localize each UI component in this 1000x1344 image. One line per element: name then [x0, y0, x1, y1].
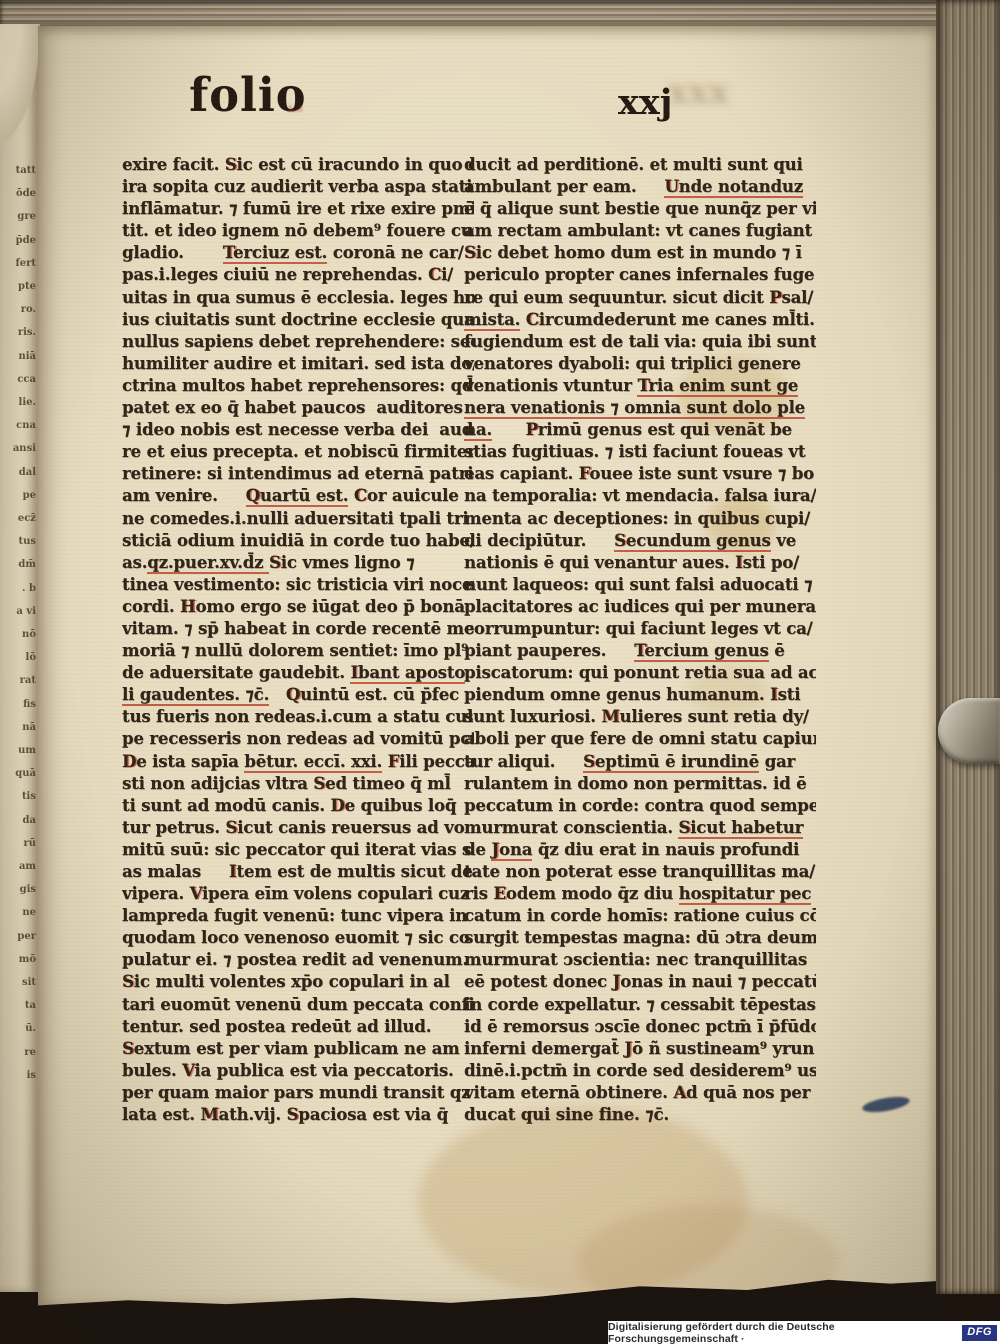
text-line: murmurat ɔscientia: nec tranquillitas — [464, 948, 816, 970]
text-line: pas.i.leges ciuiū ne reprehendas. Ci/ — [122, 263, 474, 285]
text-line: tus fueris non redeas.i.cum a statu cul — [122, 705, 474, 727]
text-line: mista. Circumdederunt me canes ml̄ti. — [464, 308, 816, 330]
rubricated-text: mista. — [464, 309, 520, 331]
text-segment: tem est de multis sicut de — [236, 861, 472, 881]
text-segment: coronā ne car/ — [327, 242, 463, 262]
text-line: sticiā odium inuidiā in corde tuo habe/ — [122, 529, 474, 551]
rubricated-text: I — [350, 662, 358, 684]
rubricated-text: Q — [246, 485, 260, 507]
text-segment: sal/ — [781, 287, 813, 307]
rubric-mark: ␣ — [288, 88, 303, 112]
text-segment: gar — [759, 751, 795, 771]
book-clasp — [938, 698, 1000, 764]
book-head-edge — [0, 0, 1000, 28]
text-line: Sextum est per viam publicam ne am — [122, 1037, 474, 1059]
rubricated-initial: S — [122, 971, 134, 991]
rubricated-initial: S — [464, 242, 476, 262]
rubricated-initial: P — [525, 419, 537, 439]
text-line: sunt luxuriosi. Mulieres sunt retia dy/ — [464, 705, 816, 727]
text-line: eē potest donec Jonas in naui ⁊ peccatū — [464, 970, 816, 992]
rubricated-text: T — [634, 640, 644, 662]
text-segment: eas capiant. — [464, 463, 579, 483]
text-line: quodam loco venenoso euomit ⁊ sic co — [122, 926, 474, 948]
rubricated-initial: I — [770, 684, 778, 704]
text-segment: extum est per viam publicam ne am — [134, 1038, 460, 1058]
text-line: ira sopita cuz audierit verba aspa stati… — [122, 175, 474, 197]
text-line: corrumpuntur: qui faciunt leges vt ca/ — [464, 617, 816, 639]
show-through-ghost-text: xxx — [668, 72, 778, 118]
text-line: piscatorum: qui ponunt retia sua ad acci — [464, 661, 816, 683]
text-line: in corde expellatur. ⁊ cessabit tēpestas… — [464, 993, 816, 1015]
text-line: ⁊ ideo nobis est necesse verba dei audi — [122, 418, 474, 440]
text-line: tentur. sed postea redeūt ad illud. — [122, 1015, 474, 1037]
text-line: pulatur ei. ⁊ postea redit ad venenum. — [122, 948, 474, 970]
rubricated-text: qz.puer.xv.d̄z — [147, 552, 269, 574]
rubricated-initial: S — [225, 817, 237, 837]
rubricated-text: eptimū ē irundinē — [595, 751, 759, 773]
text-line: De ista sapīa bētur. eccī. xxi. Fili pec… — [122, 750, 474, 772]
rubricated-text: ercium genus — [644, 640, 768, 662]
text-segment: as. — [122, 552, 147, 572]
rubricated-initial: V — [190, 883, 202, 903]
text-segment: nationis ē qui venantur aues. — [464, 552, 735, 572]
edge-text-fragment: ū. — [25, 1024, 36, 1034]
scanned-book-page: tattōdegrep̄defertptero.ris.niāccalie.cn… — [0, 0, 1000, 1344]
rubricated-initial: V — [182, 1060, 194, 1080]
text-line: rulantem in domo non permittas. id ē — [464, 772, 816, 794]
rubricated-text: S — [678, 817, 690, 839]
text-segment: sti — [778, 684, 801, 704]
text-line: tur petrus. Sicut canis reuersus ad vo — [122, 816, 474, 838]
text-segment: sti po/ — [743, 552, 799, 572]
text-line: tate non poterat esse tranquillitas ma/ — [464, 860, 816, 882]
text-segment: de aduersitate gaudebit. — [122, 662, 350, 682]
rubricated-text: S — [583, 751, 595, 773]
text-line: ris Eodem modo q̄z diu hospitatur pec — [464, 882, 816, 904]
text-line: lata est. Math.vij. Spaciosa est via q̄ — [122, 1103, 474, 1125]
edge-text-fragment: a vi — [16, 607, 36, 617]
text-segment: ic multi volentes xp̄o copulari in al — [134, 971, 450, 991]
rubricated-text: S — [614, 530, 626, 552]
text-segment: tur aliqui. — [464, 751, 583, 771]
facing-page-edge: tattōdegrep̄defertptero.ris.niāccalie.cn… — [0, 24, 38, 1292]
parchment-page: xxx folio ␣ xxj exire facit. Sic est cū … — [38, 26, 936, 1308]
text-segment: omo ergo se iūgat deo p̄ bonā — [195, 596, 464, 616]
text-line: catum in corde homīs: ratione cuius cō — [464, 904, 816, 926]
rubricated-initial: S — [225, 154, 237, 174]
text-line: ctrina multos habet reprehensores: qd̄ — [122, 374, 474, 396]
rubricated-initial: D — [330, 795, 344, 815]
text-segment: eē potest donec — [464, 971, 613, 991]
edge-text-fragment: per — [17, 932, 36, 942]
text-line: patet ex eo q̄ habet paucos auditores — [122, 396, 474, 418]
page-number: xxj — [618, 82, 672, 123]
rubricated-text: nera venationis ⁊ omnia sunt dolo ple — [464, 397, 805, 419]
text-line: nera venationis ⁊ omnia sunt dolo ple — [464, 396, 816, 418]
text-line: uitas in qua sumus ē ecclesia. leges hu/ — [122, 286, 474, 308]
text-line: exire facit. Sic est cū iracundo in quo … — [122, 153, 474, 175]
text-line: mitū suū: sic peccator qui iterat vias s… — [122, 838, 474, 860]
text-line: piendum omne genus humanum. Isti — [464, 683, 816, 705]
edge-text-fragment: ansi — [13, 444, 36, 454]
rubricated-text: bant aposto — [358, 662, 465, 684]
text-line: am rectam ambulant: vt canes fugiant — [464, 219, 816, 241]
edge-text-fragment: ro. — [21, 305, 36, 315]
edge-text-fragment: ōde — [16, 189, 36, 199]
edge-text-fragment: fis — [23, 700, 36, 710]
text-segment: ic vmes ligno ⁊ — [281, 552, 415, 572]
text-line: na. Primū genus est qui venāt be — [464, 418, 816, 440]
text-line: piant pauperes. Tercium genus ē — [464, 639, 816, 661]
text-line: as.qz.puer.xv.d̄z Sic vmes ligno ⁊ — [122, 551, 474, 573]
rubricated-initial: M — [601, 706, 619, 726]
text-line: Sic multi volentes xp̄o copulari in al — [122, 970, 474, 992]
text-segment: cordi. — [122, 596, 180, 616]
text-line: venationis vtuntur Tria enim sunt ge — [464, 374, 816, 396]
edge-text-fragment: sit — [22, 978, 36, 988]
text-segment: venationis vtuntur — [464, 375, 637, 395]
edge-text-fragment: ta — [25, 1001, 36, 1011]
text-line: peccatum in corde: contra quod semper — [464, 794, 816, 816]
text-line: periculo propter canes infernales fuge — [464, 263, 816, 285]
text-segment: q̄z diu erat in nauis profundi — [532, 839, 799, 859]
text-segment — [492, 419, 525, 439]
text-line: li gaudentes. ⁊c̄. Quintū est. cū p̄fec — [122, 683, 474, 705]
text-line: as malas Item est de multis sicut de — [122, 860, 474, 882]
rubricated-text: T — [223, 242, 233, 264]
rubricated-text: U — [664, 176, 678, 198]
text-segment: ia publica est via peccatoris. — [194, 1060, 453, 1080]
text-line: sti non adijcias vltra Sed timeo q̄ ml̄ — [122, 772, 474, 794]
text-line: ambulant per eam. Unde notanduz — [464, 175, 816, 197]
text-segment: ti sunt ad modū canis. — [122, 795, 330, 815]
rubricated-text: ona — [499, 839, 532, 861]
digitization-credit-bar: Digitalisierung gefördert durch die Deut… — [608, 1321, 1000, 1344]
credit-text: Digitalisierung gefördert durch die Deut… — [608, 1321, 957, 1344]
text-line: re et eius precepta. et nobiscū firmiter — [122, 440, 474, 462]
rubricated-text: na. — [464, 419, 492, 441]
text-segment: e ista sapīa — [136, 751, 244, 771]
edge-text-fragment: nā — [22, 723, 36, 733]
text-line: de aduersitate gaudebit. Ibant aposto — [122, 661, 474, 683]
text-segment: am venire. — [122, 485, 246, 505]
edge-text-fragment: p̄de — [16, 236, 36, 246]
text-segment: pas.i.leges ciuiū ne reprehendas. — [122, 264, 428, 284]
rubricated-text: T — [637, 375, 648, 397]
ink-smudge — [861, 1094, 911, 1115]
rubricated-text: uartū est. — [260, 485, 348, 507]
rubricated-text: ecundum genus — [626, 530, 771, 552]
text-segment: piant pauperes. — [464, 640, 634, 660]
text-line: bules. Via publica est via peccatoris. — [122, 1059, 474, 1081]
rubricated-text: J — [491, 839, 499, 861]
text-line: pe recesseris non redeas ad vomitū pctī — [122, 727, 474, 749]
rubricated-initial: M — [200, 1104, 218, 1124]
text-column-right: ducit ad perditionē. et multi sunt quiam… — [464, 153, 816, 1125]
book-fore-edge — [936, 0, 1000, 1294]
rubricated-text: icut habetur — [690, 817, 803, 839]
text-line: stias fugitiuas. ⁊ isti faciunt foueas v… — [464, 440, 816, 462]
edge-text-fragment: tatt — [16, 166, 36, 176]
text-line: ducat qui sine fine. ⁊c̄. — [464, 1103, 816, 1125]
text-line: eas capiant. Fouee iste sunt vsure ⁊ bo — [464, 462, 816, 484]
text-segment: re qui eum sequuntur. sicut dicit — [464, 287, 769, 307]
edge-text-fragment: mō — [19, 955, 36, 965]
text-segment: murmurat conscientia. — [464, 817, 678, 837]
text-line: murmurat conscientia. Sicut habetur — [464, 816, 816, 838]
edge-text-fragment: tis — [22, 792, 36, 802]
text-segment: as malas — [122, 861, 229, 881]
edge-text-fragment: um — [18, 746, 36, 756]
rubricated-initial: J — [624, 1038, 632, 1058]
text-line: na temporalia: vt mendacia. falsa iura/ — [464, 484, 816, 506]
text-line: surgit tempestas magna: dū ɔtra deum — [464, 926, 816, 948]
text-segment: uintū est. cū p̄fec — [300, 684, 459, 704]
edge-text-fragment: ne — [22, 908, 36, 918]
text-line: ē q̄ alique sunt bestie que nunq̄z per v… — [464, 197, 816, 219]
water-stain — [578, 1206, 838, 1316]
text-segment: e quibus loq̄ — [345, 795, 457, 815]
edge-text-fragment: gis — [20, 885, 36, 895]
edge-text-fragment: ris. — [18, 328, 36, 338]
text-segment: piendum omne genus humanum. — [464, 684, 770, 704]
text-line: Sic debet homo dum est in mundo ⁊ ī — [464, 241, 816, 263]
rubricated-initial: P — [769, 287, 781, 307]
text-segment: vitam eternā obtinere. — [464, 1082, 673, 1102]
text-line: cordi. Homo ergo se iūgat deo p̄ bonā — [122, 595, 474, 617]
text-segment: ili pecca/ — [399, 751, 474, 771]
rubricated-initial: F — [579, 463, 590, 483]
text-line: vipera. Vipera eīm volens copulari cuz — [122, 882, 474, 904]
rubricated-text: nde notanduz — [679, 176, 803, 198]
edge-text-fragment: da — [23, 816, 36, 826]
rubricated-initial: S — [287, 1104, 299, 1124]
text-line: inferni demergat̄ Jō ñ sustineam⁹ yrun — [464, 1037, 816, 1059]
text-segment: onas in naui ⁊ peccatū — [620, 971, 816, 991]
edge-text-fragment: dm̄ — [18, 560, 36, 570]
text-segment: d quā nos per — [686, 1082, 810, 1102]
dfg-logo[interactable]: DFG — [962, 1325, 997, 1341]
text-line: dinē.i.pctm̄ in corde sed desiderem⁹ us — [464, 1059, 816, 1081]
text-segment: ath.vij. — [219, 1104, 287, 1124]
text-line: placitatores ac iudices qui per munera — [464, 595, 816, 617]
rubricated-initial: Q — [286, 684, 300, 704]
text-segment: sunt luxuriosi. — [464, 706, 601, 726]
rubricated-initial: C — [354, 485, 367, 505]
edge-text-fragment: ecz̄ — [18, 514, 36, 524]
text-line: ti sunt ad modū canis. De quibus loq̄ — [122, 794, 474, 816]
text-segment: ris — [464, 883, 493, 903]
text-segment: bules. — [122, 1060, 182, 1080]
text-segment: ed timeo q̄ ml̄ — [325, 773, 451, 793]
text-segment: sti non adijcias vltra — [122, 773, 313, 793]
text-segment: ambulant per eam. — [464, 176, 664, 196]
rubricated-initial: C — [526, 309, 539, 329]
rubricated-text: li gaudentes. ⁊c̄. — [122, 684, 269, 706]
text-segment: or auicule — [367, 485, 459, 505]
text-segment: lata est. — [122, 1104, 200, 1124]
text-segment: ic est cū iracundo in quo ē — [237, 154, 474, 174]
text-segment: gladio. — [122, 242, 223, 262]
text-segment: ē — [769, 640, 785, 660]
edge-text-fragment: lie. — [19, 398, 36, 408]
text-segment: paciosa est via q̄ — [298, 1104, 448, 1124]
text-line: di decipiūtur. Secundum genus ve — [464, 529, 816, 551]
rubricated-initial: H — [180, 596, 195, 616]
edge-text-fragment: . b — [22, 584, 36, 594]
text-segment: ō ñ sustineam⁹ yrun — [632, 1038, 814, 1058]
text-segment: inferni demergat̄ — [464, 1038, 624, 1058]
text-line: venatores dyaboli: qui triplici genere — [464, 352, 816, 374]
text-line: lampreda fugit venenū: tunc vipera in — [122, 904, 474, 926]
text-line: gladio. Terciuz est. coronā ne car/ — [122, 241, 474, 263]
text-column-left: exire facit. Sic est cū iracundo in quo … — [122, 153, 474, 1125]
text-segment — [269, 684, 286, 704]
rubricated-text: ria enim sunt ge — [648, 375, 798, 397]
edge-text-fragment: rū — [23, 839, 36, 849]
text-segment: icut canis reuersus ad vo — [237, 817, 464, 837]
text-line: fugiendum est de tali via: quia ibi sunt — [464, 330, 816, 352]
edge-text-fragment: re — [24, 1048, 36, 1058]
text-segment: vipera. — [122, 883, 190, 903]
text-line: ducit ad perditionē. et multi sunt qui — [464, 153, 816, 175]
text-line: id ē remorsus ɔscīe donec pctm̄ ī p̄fūdo — [464, 1015, 816, 1037]
text-segment: odem modo q̄z diu — [506, 883, 679, 903]
text-line: per quam maior pars mundi transit qz — [122, 1081, 474, 1103]
text-line: tit. et ideo ignem nō debem⁹ fouere cuz — [122, 219, 474, 241]
text-line: ius ciuitatis sunt doctrine ecclesie qua… — [122, 308, 474, 330]
text-line: retinere: si intendimus ad eternā patri — [122, 462, 474, 484]
text-segment: ve — [771, 530, 796, 550]
text-line: nationis ē qui venantur aues. Isti po/ — [464, 551, 816, 573]
text-segment: exire facit. — [122, 154, 225, 174]
text-line: nullus sapiens debet reprehendere: sed — [122, 330, 474, 352]
text-line: menta ac deceptiones: in quibus cupi/ — [464, 507, 816, 529]
edge-text-fragment: cca — [17, 375, 36, 385]
rubricated-initial: S — [122, 1038, 134, 1058]
edge-text-fragment: niā — [18, 352, 36, 362]
text-line: de Jona q̄z diu erat in nauis profundi — [464, 838, 816, 860]
edge-text-fragment: lō — [26, 653, 36, 663]
text-line: re qui eum sequuntur. sicut dicit Psal/ — [464, 286, 816, 308]
text-line: tari euomūt venenū dum peccata confi — [122, 993, 474, 1015]
edge-text-fragment: rat — [20, 676, 36, 686]
edge-text-fragment: quā — [15, 769, 36, 779]
text-line: moriā ⁊ nullū dolorem sentiet: īmo pl⁹ — [122, 639, 474, 661]
text-segment: de — [464, 839, 491, 859]
text-segment: di decipiūtur. — [464, 530, 614, 550]
text-segment: ic debet homo dum est in mundo ⁊ ī — [476, 242, 802, 262]
edge-text-fragment: is — [27, 1071, 36, 1081]
rubricated-text: erciuz est. — [233, 242, 327, 264]
text-line: tur aliqui. Septimū ē irundinē gar — [464, 750, 816, 772]
water-stain — [418, 1106, 748, 1296]
text-segment: ircumdederunt me canes ml̄ti. — [539, 309, 815, 329]
edge-text-fragment: dal — [19, 468, 36, 478]
text-line: am venire. Quartū est. Cor auicule — [122, 484, 474, 506]
rubricated-initial: S — [313, 773, 325, 793]
text-line: nunt laqueos: qui sunt falsi aduocati ⁊ — [464, 573, 816, 595]
edge-text-fragment: cna — [16, 421, 36, 431]
text-line: inflāmatur. ⁊ fumū ire et rixe exire pmi… — [122, 197, 474, 219]
text-line: aboli per que fere de omni statu capiun/ — [464, 727, 816, 749]
text-line: tinea vestimento: sic tristicia viri noc… — [122, 573, 474, 595]
text-line: humiliter audire et imitari. sed ista do… — [122, 352, 474, 374]
rubricated-initial: S — [269, 552, 281, 572]
rubricated-initial: A — [673, 1082, 686, 1102]
text-line: ne comedes.i.nulli aduersitati tpali tri — [122, 507, 474, 529]
edge-text-fragment: pe — [23, 491, 36, 501]
rubricated-initial: I — [735, 552, 743, 572]
edge-text-fragment: am — [19, 862, 36, 872]
text-line: vitam. ⁊ sp̄ habeat in corde recentē me — [122, 617, 474, 639]
edge-text-fragment: nō — [22, 630, 36, 640]
rubricated-initial: E — [493, 883, 505, 903]
text-segment: ouee iste sunt vsure ⁊ bo — [589, 463, 814, 483]
edge-text-fragment: gre — [17, 212, 36, 222]
text-segment: ipera eīm volens copulari cuz — [202, 883, 469, 903]
rubricated-initial: D — [122, 751, 136, 771]
text-segment: tur petrus. — [122, 817, 225, 837]
edge-text-fragment: pte — [18, 282, 36, 292]
text-segment: ulieres sunt retia dy/ — [620, 706, 809, 726]
rubricated-initial: F — [388, 751, 400, 771]
text-segment: rimū genus est qui venāt be — [538, 419, 792, 439]
rubricated-text: bētur. eccī. xxi. — [244, 751, 382, 773]
text-line: vitam eternā obtinere. Ad quā nos per — [464, 1081, 816, 1103]
rubricated-text: hospitatur pec — [679, 883, 812, 905]
rubricated-initial: C — [428, 264, 441, 284]
edge-text-fragment: tus — [18, 537, 36, 547]
page-curl — [0, 24, 40, 144]
edge-text-fragment: fert — [15, 259, 36, 269]
text-segment: i/ — [441, 264, 453, 284]
